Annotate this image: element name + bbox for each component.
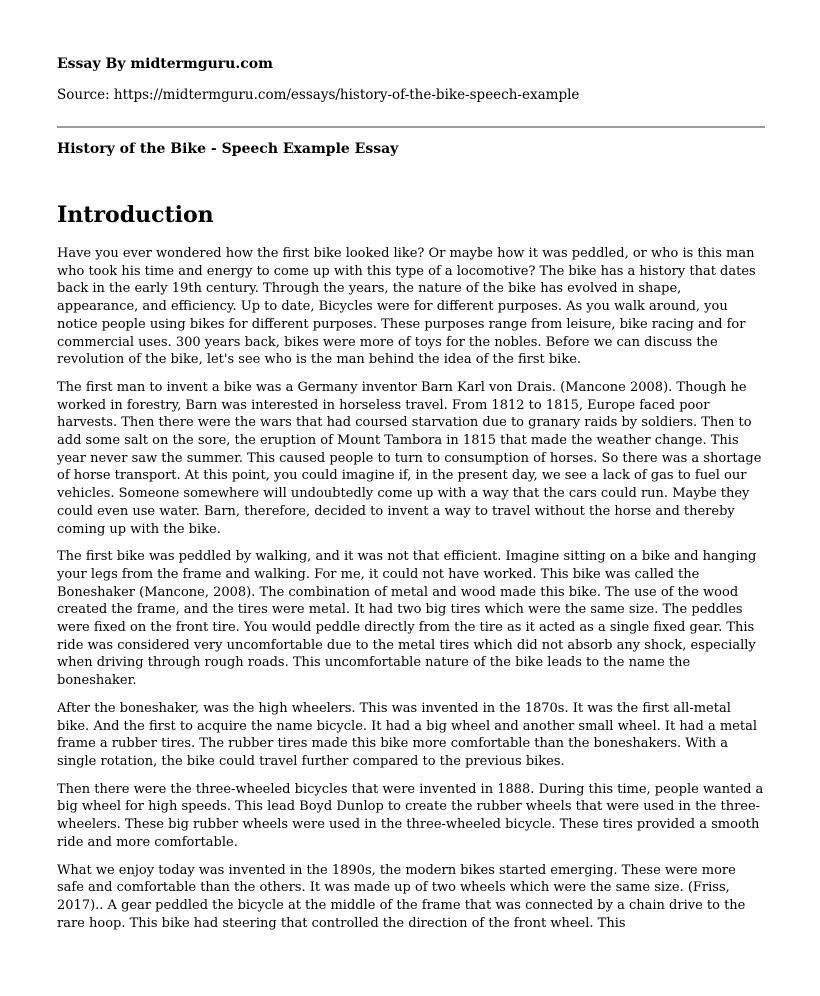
essay-body: Have you ever wondered how the first bik… — [57, 245, 765, 932]
paragraph-boneshaker: The first bike was peddled by walking, a… — [57, 548, 765, 690]
paragraph-three-wheeled: Then there were the three-wheeled bicycl… — [57, 781, 765, 852]
document-title: History of the Bike - Speech Example Ess… — [57, 140, 765, 158]
source-url-link[interactable]: https://midtermguru.com/essays/history-o… — [114, 87, 579, 103]
byline: Essay By midtermguru.com — [57, 55, 765, 73]
paragraph-modern-bikes: What we enjoy today was invented in the … — [57, 862, 765, 933]
paragraph-intro: Have you ever wondered how the first bik… — [57, 245, 765, 369]
source-line: Source: https://midtermguru.com/essays/h… — [57, 86, 765, 104]
section-heading-introduction: Introduction — [57, 202, 765, 228]
source-label: Source: — [57, 87, 110, 103]
paragraph-first-inventor: The first man to invent a bike was a Ger… — [57, 379, 765, 538]
divider-rule — [57, 126, 765, 128]
document-page: Essay By midtermguru.com Source: https:/… — [0, 0, 820, 996]
paragraph-high-wheelers: After the boneshaker, was the high wheel… — [57, 700, 765, 771]
